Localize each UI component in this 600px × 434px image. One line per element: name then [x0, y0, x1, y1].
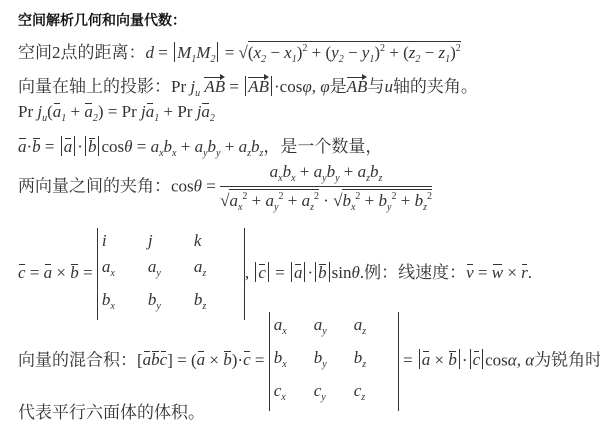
angle-label: 两向量之间的夹角：: [18, 176, 171, 195]
dot-product-line: a·b = a·bcosθ = axbx + ayby + azbz，是一个数量…: [18, 132, 382, 159]
mixed-label: 向量的混合积：: [18, 350, 137, 369]
angle-line: 两向量之间的夹角：cosθ = axbx + ayby + azbz √ax2 …: [18, 162, 432, 213]
mixed-determinant: axayaz bxbybz cxcycz: [269, 312, 399, 411]
projection-line: 向量在轴上的投影：Pr ju AB = AB·cosφ, φ是AB与u轴的夹角。: [18, 72, 478, 99]
angle-fraction: axbx + ayby + azbz √ax2 + ay2 + az2 · √b…: [220, 162, 432, 213]
section-title: 空间解析几何和向量代数：: [18, 10, 186, 30]
cross-product-line: c = a × b = ijk axayaz bxbybz , c = a·bs…: [18, 228, 532, 320]
distance-line: 空间2点的距离：d = M1M2 = √(x2 − x1)2 + (y2 − y…: [18, 38, 461, 65]
projection-linear-line: Pr ju(a1 + a2) = Pr ja1 + Pr ja2: [18, 102, 215, 124]
cross-determinant: ijk axayaz bxbybz: [97, 228, 245, 320]
mixed-product-line: 向量的混合积：[abc] = (a × b)·c = axayaz bxbybz…: [18, 312, 600, 411]
projection-label: 向量在轴上的投影：: [18, 77, 171, 96]
distance-label: 空间2点的距离：: [18, 43, 146, 62]
example-label: 例：线速度：: [364, 263, 466, 282]
volume-note: 代表平行六面体的体积。: [18, 398, 205, 423]
